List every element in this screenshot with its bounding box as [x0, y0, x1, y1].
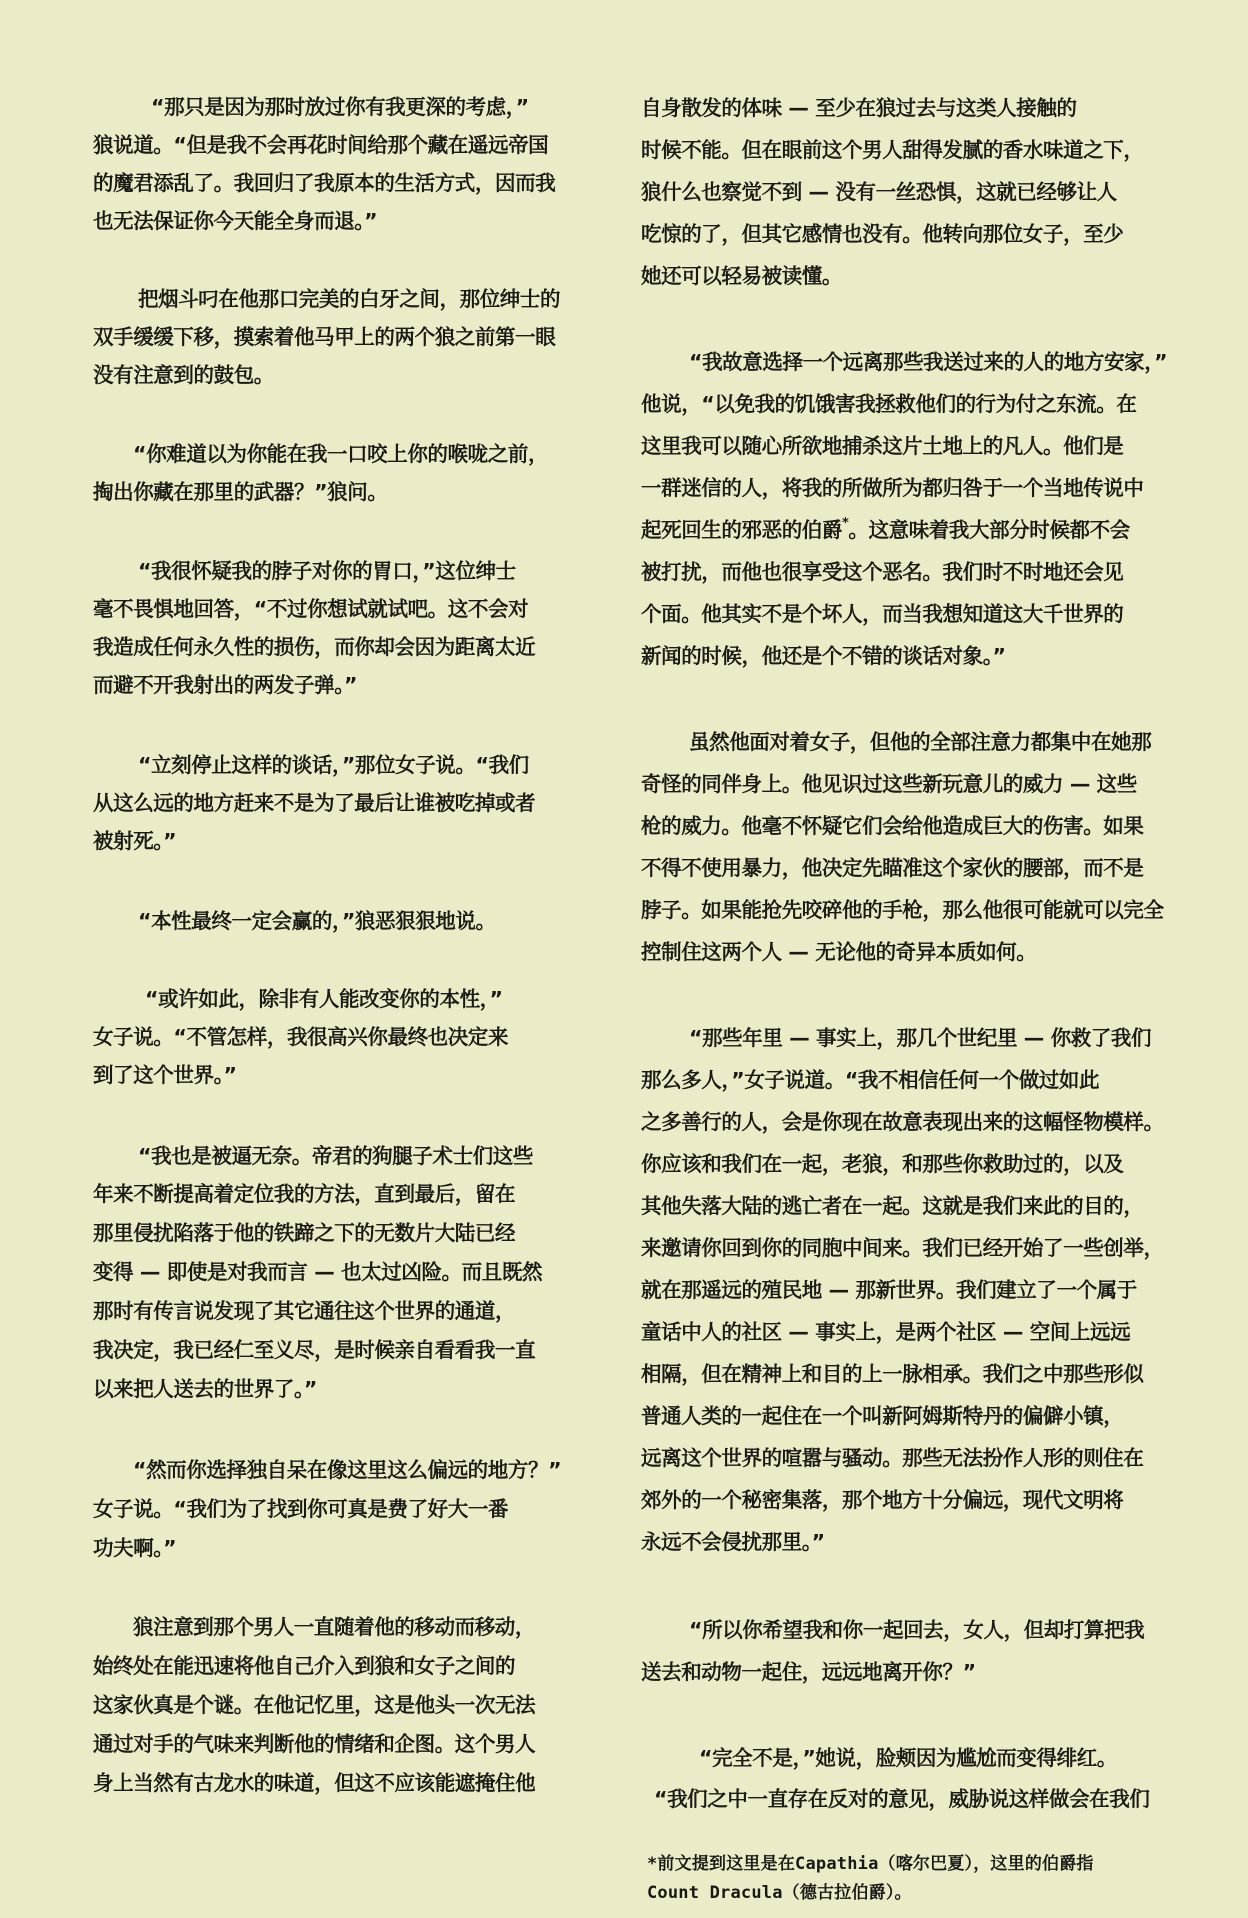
footnote-line: Count Dracula（德古拉伯爵）。 [647, 1878, 912, 1903]
text-line: 奇怪的同伴身上。他见识过这些新玩意儿的威力 — 这些 [641, 771, 1137, 797]
text-line: 以来把人送去的世界了。” [93, 1376, 317, 1402]
text-line: 我造成任何永久性的损伤，而你却会因为距离太近 [93, 634, 535, 660]
text-line: 普通人类的一起住在一个叫新阿姆斯特丹的偏僻小镇， [641, 1403, 1123, 1429]
text-line: 时候不能。但在眼前这个男人甜得发腻的香水味道之下， [641, 137, 1144, 163]
text-line: 其他失落大陆的逃亡者在一起。这就是我们来此的目的， [641, 1193, 1144, 1219]
text-line: “我也是被逼无奈。帝君的狗腿子术士们这些 [138, 1143, 533, 1169]
text-line: 也无法保证你今天能全身而退。” [93, 208, 377, 234]
text-line: “或许如此，除非有人能改变你的本性，” [145, 986, 503, 1012]
text-line: 变得 — 即使是对我而言 — 也太过凶险。而且既然 [93, 1259, 542, 1285]
text-line: “你难道以为你能在我一口咬上你的喉咙之前， [133, 441, 548, 467]
text-line: “所以你希望我和你一起回去，女人，但却打算把我 [689, 1617, 1144, 1643]
text-line: 脖子。如果能抢先咬碎他的手枪，那么他很可能就可以完全 [641, 897, 1164, 923]
text-line: 被打扰，而他也很享受这个恶名。我们时不时地还会见 [641, 559, 1123, 585]
text-line: “我很怀疑我的脖子对你的胃口，”这位绅士 [138, 558, 516, 584]
text-line: 个面。他其实不是个坏人，而当我想知道这大千世界的 [641, 601, 1123, 627]
book-page: “那只是因为那时放过你有我更深的考虑，” 狼说道。“但是我不会再花时间给那个藏在… [0, 0, 1248, 1918]
text-line: 自身散发的体味 — 至少在狼过去与这类人接触的 [641, 95, 1077, 121]
text-line: 童话中人的社区 — 事实上，是两个社区 — 空间上远远 [641, 1319, 1130, 1345]
text-line: 就在那遥远的殖民地 — 那新世界。我们建立了一个属于 [641, 1277, 1137, 1303]
text-line: 远离这个世界的喧嚣与骚动。那些无法扮作人形的则住在 [641, 1445, 1144, 1471]
text-line: 枪的威力。他毫不怀疑它们会给他造成巨大的伤害。如果 [641, 813, 1144, 839]
text-line: 郊外的一个秘密集落，那个地方十分偏远，现代文明将 [641, 1487, 1123, 1513]
text-line: 吃惊的了，但其它感情也没有。他转向那位女子，至少 [641, 221, 1123, 247]
text-line: “我们之中一直存在反对的意见，威胁说这样做会在我们 [654, 1786, 1149, 1812]
text-line: 没有注意到的鼓包。 [93, 362, 274, 388]
footnote-line: *前文提到这里是在Capathia（喀尔巴夏），这里的伯爵指 [647, 1849, 1094, 1874]
text-line: 狼什么也察觉不到 — 没有一丝恐惧，这就已经够让人 [641, 179, 1117, 205]
text-segment: 。这意味着我大部分时候都不会 [848, 518, 1129, 542]
text-line: 起死回生的邪恶的伯爵*。这意味着我大部分时候都不会 [641, 517, 1130, 543]
text-line: 那里侵扰陷落于他的铁蹄之下的无数片大陆已经 [93, 1220, 515, 1246]
text-line: “那些年里 — 事实上，那几个世纪里 — 你救了我们 [689, 1025, 1151, 1051]
text-line: 的魔君添乱了。我回归了我原本的生活方式，因而我 [93, 170, 555, 196]
text-line: 相隔，但在精神上和目的上一脉相承。我们之中那些形似 [641, 1361, 1144, 1387]
text-line: 狼说道。“但是我不会再花时间给那个藏在遥远帝国 [93, 132, 548, 158]
text-line: 身上当然有古龙水的味道，但这不应该能遮掩住他 [93, 1770, 535, 1796]
text-line: “完全不是，”她说，脸颊因为尴尬而变得绯红。 [699, 1745, 1117, 1771]
text-line: 双手缓缓下移，摸索着他马甲上的两个狼之前第一眼 [93, 324, 555, 350]
text-line: 功夫啊。” [93, 1535, 176, 1561]
text-line: 而避不开我射出的两发子弹。” [93, 672, 357, 698]
text-line: “本性最终一定会赢的，”狼恶狠狠地说。 [138, 908, 496, 934]
text-line: 通过对手的气味来判断他的情绪和企图。这个男人 [93, 1731, 535, 1757]
text-line: 这家伙真是个谜。在他记忆里，这是他头一次无法 [93, 1692, 535, 1718]
footnote-marker[interactable]: * [842, 516, 848, 531]
text-line: 虽然他面对着女子，但他的全部注意力都集中在她那 [689, 729, 1151, 755]
text-line: 这里我可以随心所欲地捕杀这片土地上的凡人。他们是 [641, 433, 1123, 459]
text-line: 毫不畏惧地回答，“不过你想试就试吧。这不会对 [93, 596, 528, 622]
text-line: 狼注意到那个男人一直随着他的移动而移动， [133, 1614, 535, 1640]
text-line: 来邀请你回到你的同胞中间来。我们已经开始了一些创举， [641, 1235, 1164, 1261]
text-line: 把烟斗叼在他那口完美的白牙之间，那位绅士的 [138, 286, 560, 312]
text-line: “那只是因为那时放过你有我更深的考虑，” [151, 94, 529, 120]
text-line: 从这么远的地方赶来不是为了最后让谁被吃掉或者 [93, 790, 535, 816]
text-segment: 起死回生的邪恶的伯爵 [641, 518, 842, 542]
text-line: 年来不断提高着定位我的方法，直到最后，留在 [93, 1181, 515, 1207]
text-line: 女子说。“不管怎样，我很高兴你最终也决定来 [93, 1024, 508, 1050]
text-line: 你应该和我们在一起，老狼，和那些你救助过的，以及 [641, 1151, 1123, 1177]
text-line: 她还可以轻易被读懂。 [641, 263, 842, 289]
text-line: 一群迷信的人，将我的所做所为都归咎于一个当地传说中 [641, 475, 1144, 501]
text-line: 之多善行的人，会是你现在故意表现出来的这幅怪物模样。 [641, 1109, 1164, 1135]
text-line: 送去和动物一起住，远远地离开你？” [641, 1659, 976, 1685]
text-line: 永远不会侵扰那里。” [641, 1529, 825, 1555]
text-line: 控制住这两个人 — 无论他的奇异本质如何。 [641, 939, 1036, 965]
text-line: 女子说。“我们为了找到你可真是费了好大一番 [93, 1496, 508, 1522]
text-line: 掏出你藏在那里的武器？”狼问。 [93, 479, 387, 505]
text-line: “我故意选择一个远离那些我送过来的人的地方安家，” [689, 349, 1167, 375]
text-line: 他说，“以免我的饥饿害我拯救他们的行为付之东流。在 [641, 391, 1136, 417]
text-line: 新闻的时候，他还是个不错的谈话对象。” [641, 643, 1006, 669]
text-line: 始终处在能迅速将他自己介入到狼和女子之间的 [93, 1653, 515, 1679]
text-line: “立刻停止这样的谈话，”那位女子说。“我们 [138, 752, 529, 778]
text-line: 被射死。” [93, 828, 176, 854]
text-line: 不得不使用暴力，他决定先瞄准这个家伙的腰部，而不是 [641, 855, 1144, 881]
text-line: 我决定，我已经仁至义尽，是时候亲自看看我一直 [93, 1337, 535, 1363]
text-line: “然而你选择独自呆在像这里这么偏远的地方？” [133, 1457, 561, 1483]
text-line: 那么多人，”女子说道。“我不相信任何一个做过如此 [641, 1067, 1099, 1093]
text-line: 那时有传言说发现了其它通往这个世界的通道， [93, 1298, 515, 1324]
text-line: 到了这个世界。” [93, 1062, 237, 1088]
